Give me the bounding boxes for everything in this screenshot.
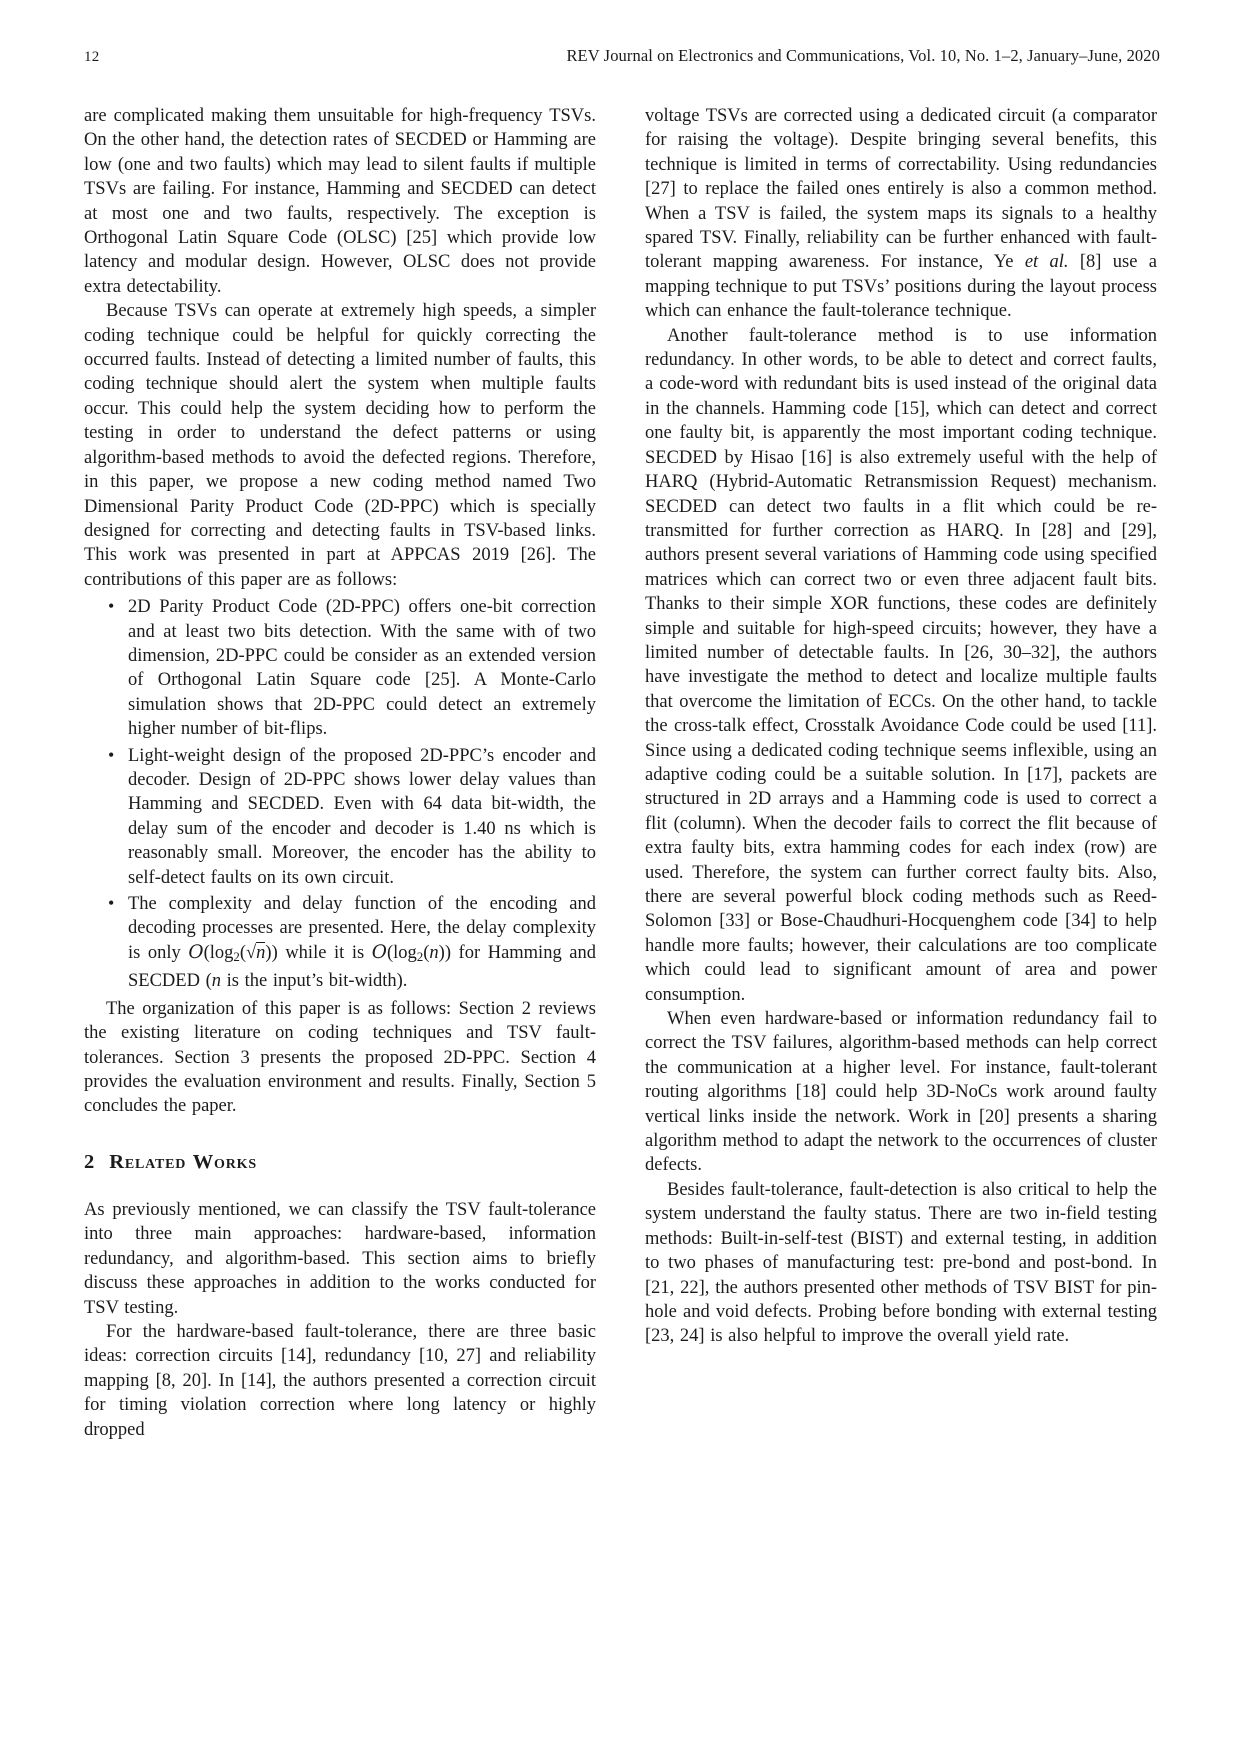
right-column: voltage TSVs are corrected using a dedic…: [645, 104, 1157, 1442]
two-column-body: are complicated making them unsuitable f…: [84, 104, 1157, 1442]
paragraph-related-intro: As previously mentioned, we can classify…: [84, 1198, 596, 1320]
bullet-icon: •: [108, 891, 114, 915]
paragraph-organization: The organization of this paper is as fol…: [84, 997, 596, 1119]
section-number: 2: [84, 1151, 94, 1173]
page-number: 12: [84, 49, 100, 66]
contribution-text: 2D Parity Product Code (2D-PPC) offers o…: [128, 597, 596, 739]
paragraph-algorithm-based: When even hardware-based or information …: [645, 1007, 1157, 1178]
list-item-contribution-3: • The complexity and delay function of t…: [84, 892, 596, 994]
section-heading-related-works: 2Related Works: [84, 1149, 596, 1175]
left-column: are complicated making them unsuitable f…: [84, 104, 596, 1442]
paragraph-intro-continuation: are complicated making them unsuitable f…: [84, 104, 596, 299]
list-item-contribution-2: • Light-weight design of the proposed 2D…: [84, 744, 596, 890]
contribution-text-math: The complexity and delay function of the…: [128, 894, 596, 991]
bullet-icon: •: [108, 594, 114, 618]
paper-page: 12 REV Journal on Electronics and Commun…: [0, 0, 1240, 1753]
paragraph-hardware-continuation: voltage TSVs are corrected using a dedic…: [645, 104, 1157, 324]
running-header: 12 REV Journal on Electronics and Commun…: [84, 46, 1160, 66]
journal-header-title: REV Journal on Electronics and Communica…: [566, 46, 1160, 66]
section-title: Related Works: [109, 1151, 257, 1173]
list-item-contribution-1: • 2D Parity Product Code (2D-PPC) offers…: [84, 595, 596, 741]
contributions-list: • 2D Parity Product Code (2D-PPC) offers…: [84, 595, 596, 994]
bullet-icon: •: [108, 743, 114, 767]
paragraph-information-redundancy: Another fault-tolerance method is to use…: [645, 324, 1157, 1007]
contribution-text: Light-weight design of the proposed 2D-P…: [128, 746, 596, 888]
paragraph-motivation: Because TSVs can operate at extremely hi…: [84, 299, 596, 592]
paragraph-hardware-based: For the hardware-based fault-tolerance, …: [84, 1320, 596, 1442]
paragraph-fault-detection: Besides fault-tolerance, fault-detection…: [645, 1178, 1157, 1349]
